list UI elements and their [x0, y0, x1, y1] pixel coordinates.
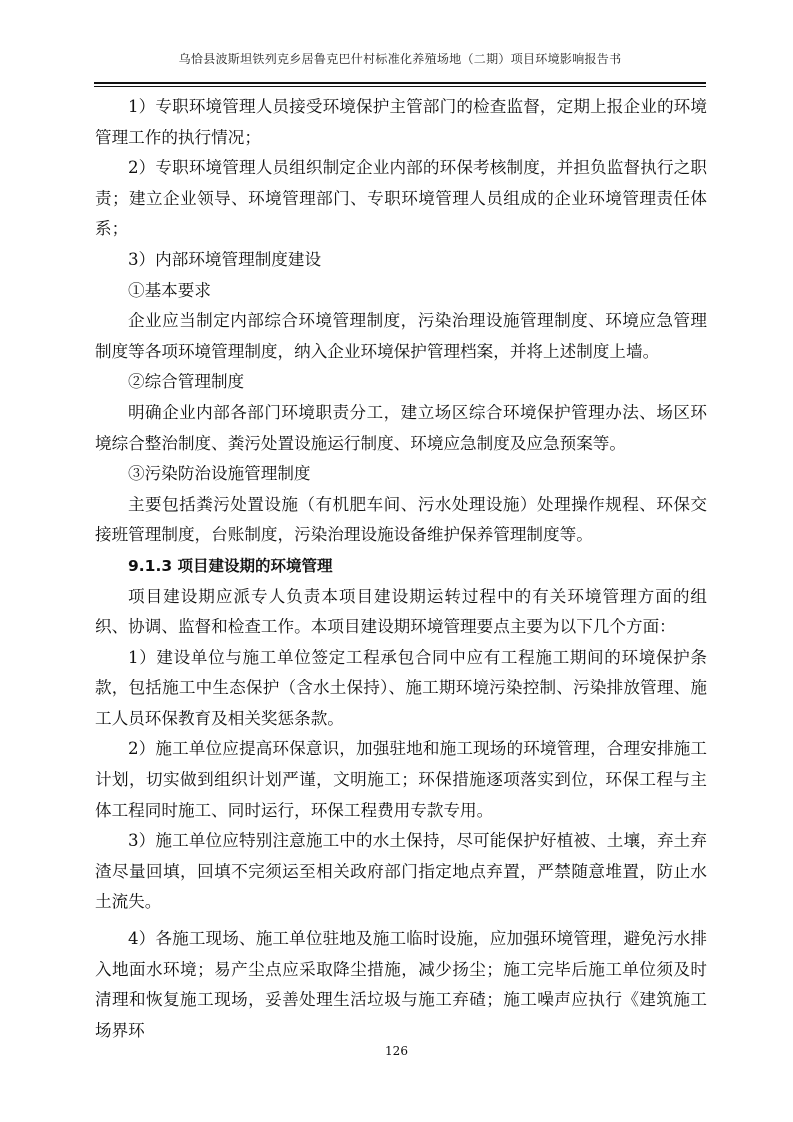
- paragraph: 2）施工单位应提高环保意识，加强驻地和施工现场的环境管理，合理安排施工计划，切实…: [95, 734, 707, 826]
- section-heading: 9.1.3 项目建设期的环境管理: [95, 551, 707, 582]
- paragraph: 1）建设单位与施工单位签定工程承包合同中应有工程施工期间的环境保护条款，包括施工…: [95, 643, 707, 735]
- page-body: 1）专职环境管理人员接受环境保护主管部门的检查监督，定期上报企业的环境管理工作的…: [95, 92, 707, 1046]
- paragraph: 明确企业内部各部门环境职责分工，建立场区综合环境保护管理办法、场区环境综合整治制…: [95, 398, 707, 459]
- header-rule-thick: [94, 82, 706, 84]
- page-number: 126: [0, 1044, 793, 1058]
- header-rule-thin: [94, 86, 706, 87]
- list-heading: ①基本要求: [95, 276, 707, 307]
- paragraph: 项目建设期应派专人负责本项目建设期运转过程中的有关环境管理方面的组织、协调、监督…: [95, 582, 707, 643]
- paragraph: 企业应当制定内部综合环境管理制度，污染治理设施管理制度、环境应急管理制度等各项环…: [95, 306, 707, 367]
- paragraph: 3）施工单位应特别注意施工中的水土保持，尽可能保护好植被、土壤，弃土弃渣尽量回填…: [95, 826, 707, 918]
- list-heading: ②综合管理制度: [95, 367, 707, 398]
- paragraph: 1）专职环境管理人员接受环境保护主管部门的检查监督，定期上报企业的环境管理工作的…: [95, 92, 707, 153]
- paragraph: 主要包括粪污处置设施（有机肥车间、污水处理设施）处理操作规程、环保交接班管理制度…: [95, 490, 707, 551]
- paragraph: 4）各施工现场、施工单位驻地及施工临时设施，应加强环境管理，避免污水排入地面水环…: [95, 924, 707, 1046]
- subsection-title: 3）内部环境管理制度建设: [95, 245, 707, 276]
- paragraph: 2）专职环境管理人员组织制定企业内部的环保考核制度，并担负监督执行之职责；建立企…: [95, 153, 707, 245]
- running-header: 乌恰县波斯坦铁列克乡居鲁克巴什村标准化养殖场地（二期）项目环境影响报告书: [94, 50, 706, 67]
- list-heading: ③污染防治设施管理制度: [95, 459, 707, 490]
